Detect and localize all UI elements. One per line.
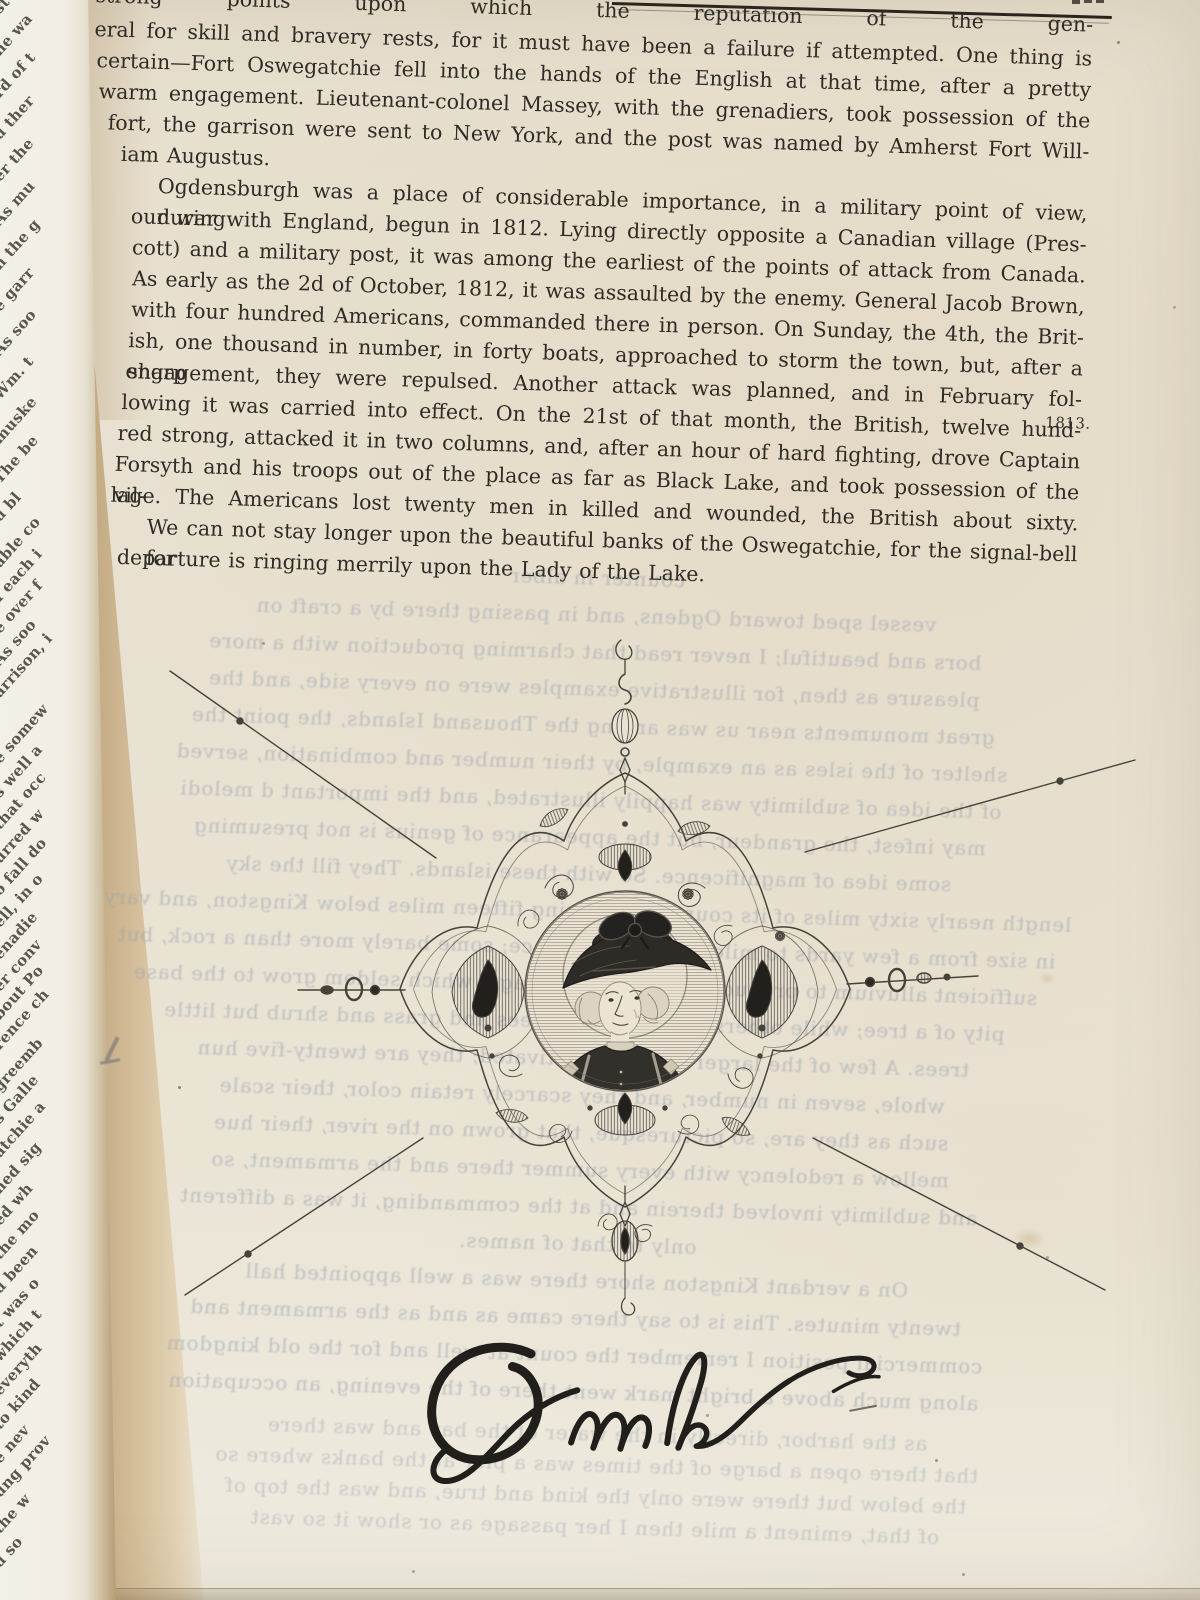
left-page-text-fragment: d ther [0, 92, 38, 143]
left-page-text-fragment: rd of t [0, 49, 39, 101]
book-page-photo: counter in albervessel sped toward Ogden… [0, 0, 1200, 1600]
amherst-signature [395, 1314, 891, 1506]
pencil-smudge [100, 1036, 126, 1076]
margin-year-note: 1813. [1045, 413, 1091, 432]
ornament-top-finial [612, 640, 638, 794]
cropped-header-remnant [1072, 0, 1080, 4]
left-page-text-fragment: Wm. t [0, 353, 37, 403]
right-page: counter in albervessel sped toward Ogden… [0, 0, 1200, 1600]
left-page-text-fragment: er the [0, 134, 37, 185]
engraved-ornament [120, 626, 1150, 1332]
left-page-text-fragment: d so [0, 1533, 26, 1571]
ornament-bottom-finial [595, 1186, 657, 1315]
page-text: strong points upon which the reputation … [77, 14, 1104, 644]
left-page-text-fragment: As soo [0, 306, 40, 359]
page-bottom-edge [0, 1588, 1200, 1600]
text-lines: eral for skill and bravery rests, for it… [78, 14, 1104, 602]
left-page-text-fragment: e garr [0, 264, 38, 315]
left-page-text-fragment: he wa [0, 10, 36, 59]
left-page-text-fragment: d bl [0, 488, 25, 525]
